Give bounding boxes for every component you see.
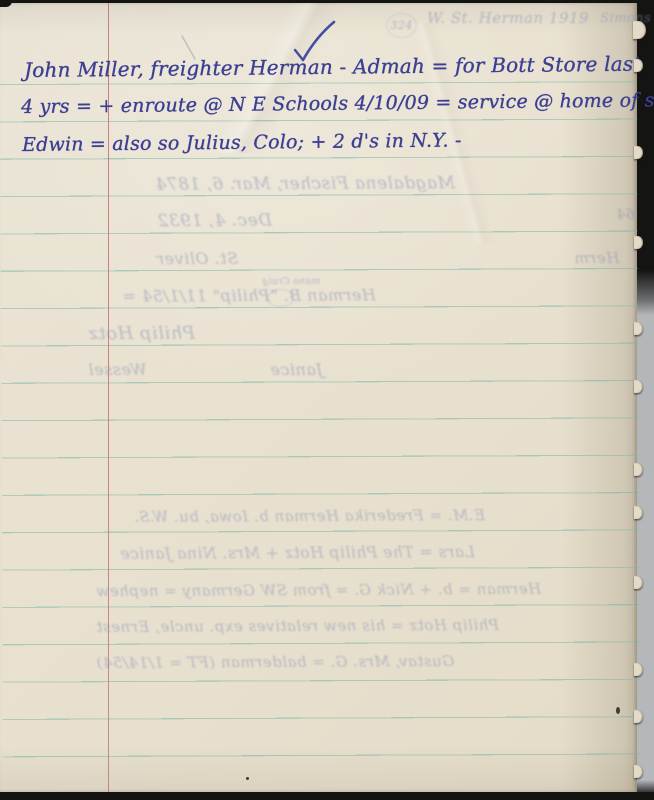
- scan-background-bottom: [0, 792, 654, 800]
- bleed-through-text: Lars = The Philip Hotz + Mrs. Nina Janic…: [120, 543, 475, 563]
- ink-speck: [246, 777, 249, 780]
- bleed-through-text: Wessel: [88, 360, 147, 379]
- bleed-through-text: 64: [616, 207, 635, 223]
- bleed-through-text: mano Craig: [262, 277, 320, 287]
- bleed-through-text: Herman = b. + Nick G. = from SW Germany …: [96, 580, 541, 600]
- bleed-through-text: Janice: [270, 360, 323, 379]
- bleed-through-text: St. Oliver: [156, 249, 238, 268]
- bleed-through-text: Herman B. "Philip" 11/1/54 =: [122, 285, 376, 305]
- ghost-circled-mark: [267, 289, 294, 307]
- notebook-paper: W. St. Herman 1919 324 Simons John Mille…: [0, 3, 637, 792]
- ghost-header-text: W. St. Herman 1919: [427, 9, 589, 27]
- margin-line: [108, 3, 109, 792]
- bleed-through-text: Philip Hotz: [88, 323, 195, 345]
- bleed-through-text: E.M. = Frederika Herman b. Iowa, bu. W.S…: [134, 506, 485, 526]
- ink-speck: [616, 707, 620, 714]
- bleed-through-text: Herm: [574, 249, 619, 267]
- bleed-through-text: Philip Hotz = his new relatives exp. unc…: [96, 616, 499, 636]
- handwritten-line-3: Edwin = also so Julius, Colo; + 2 d's in…: [22, 129, 462, 156]
- handwritten-line-1: John Miller, freighter Herman - Admah = …: [24, 52, 642, 82]
- scanned-notebook-page: W. St. Herman 1919 324 Simons John Mille…: [0, 0, 654, 800]
- ghost-circled-number: 324: [386, 13, 417, 38]
- bleed-through-text: Magdalena Fischer, Mar. 6, 1874: [155, 173, 455, 195]
- bleed-through-text: Dec. 4, 1932: [157, 211, 272, 232]
- bleed-through-text: Gustav, Mrs. G. = balderman (FT = 1/14/5…: [96, 652, 454, 672]
